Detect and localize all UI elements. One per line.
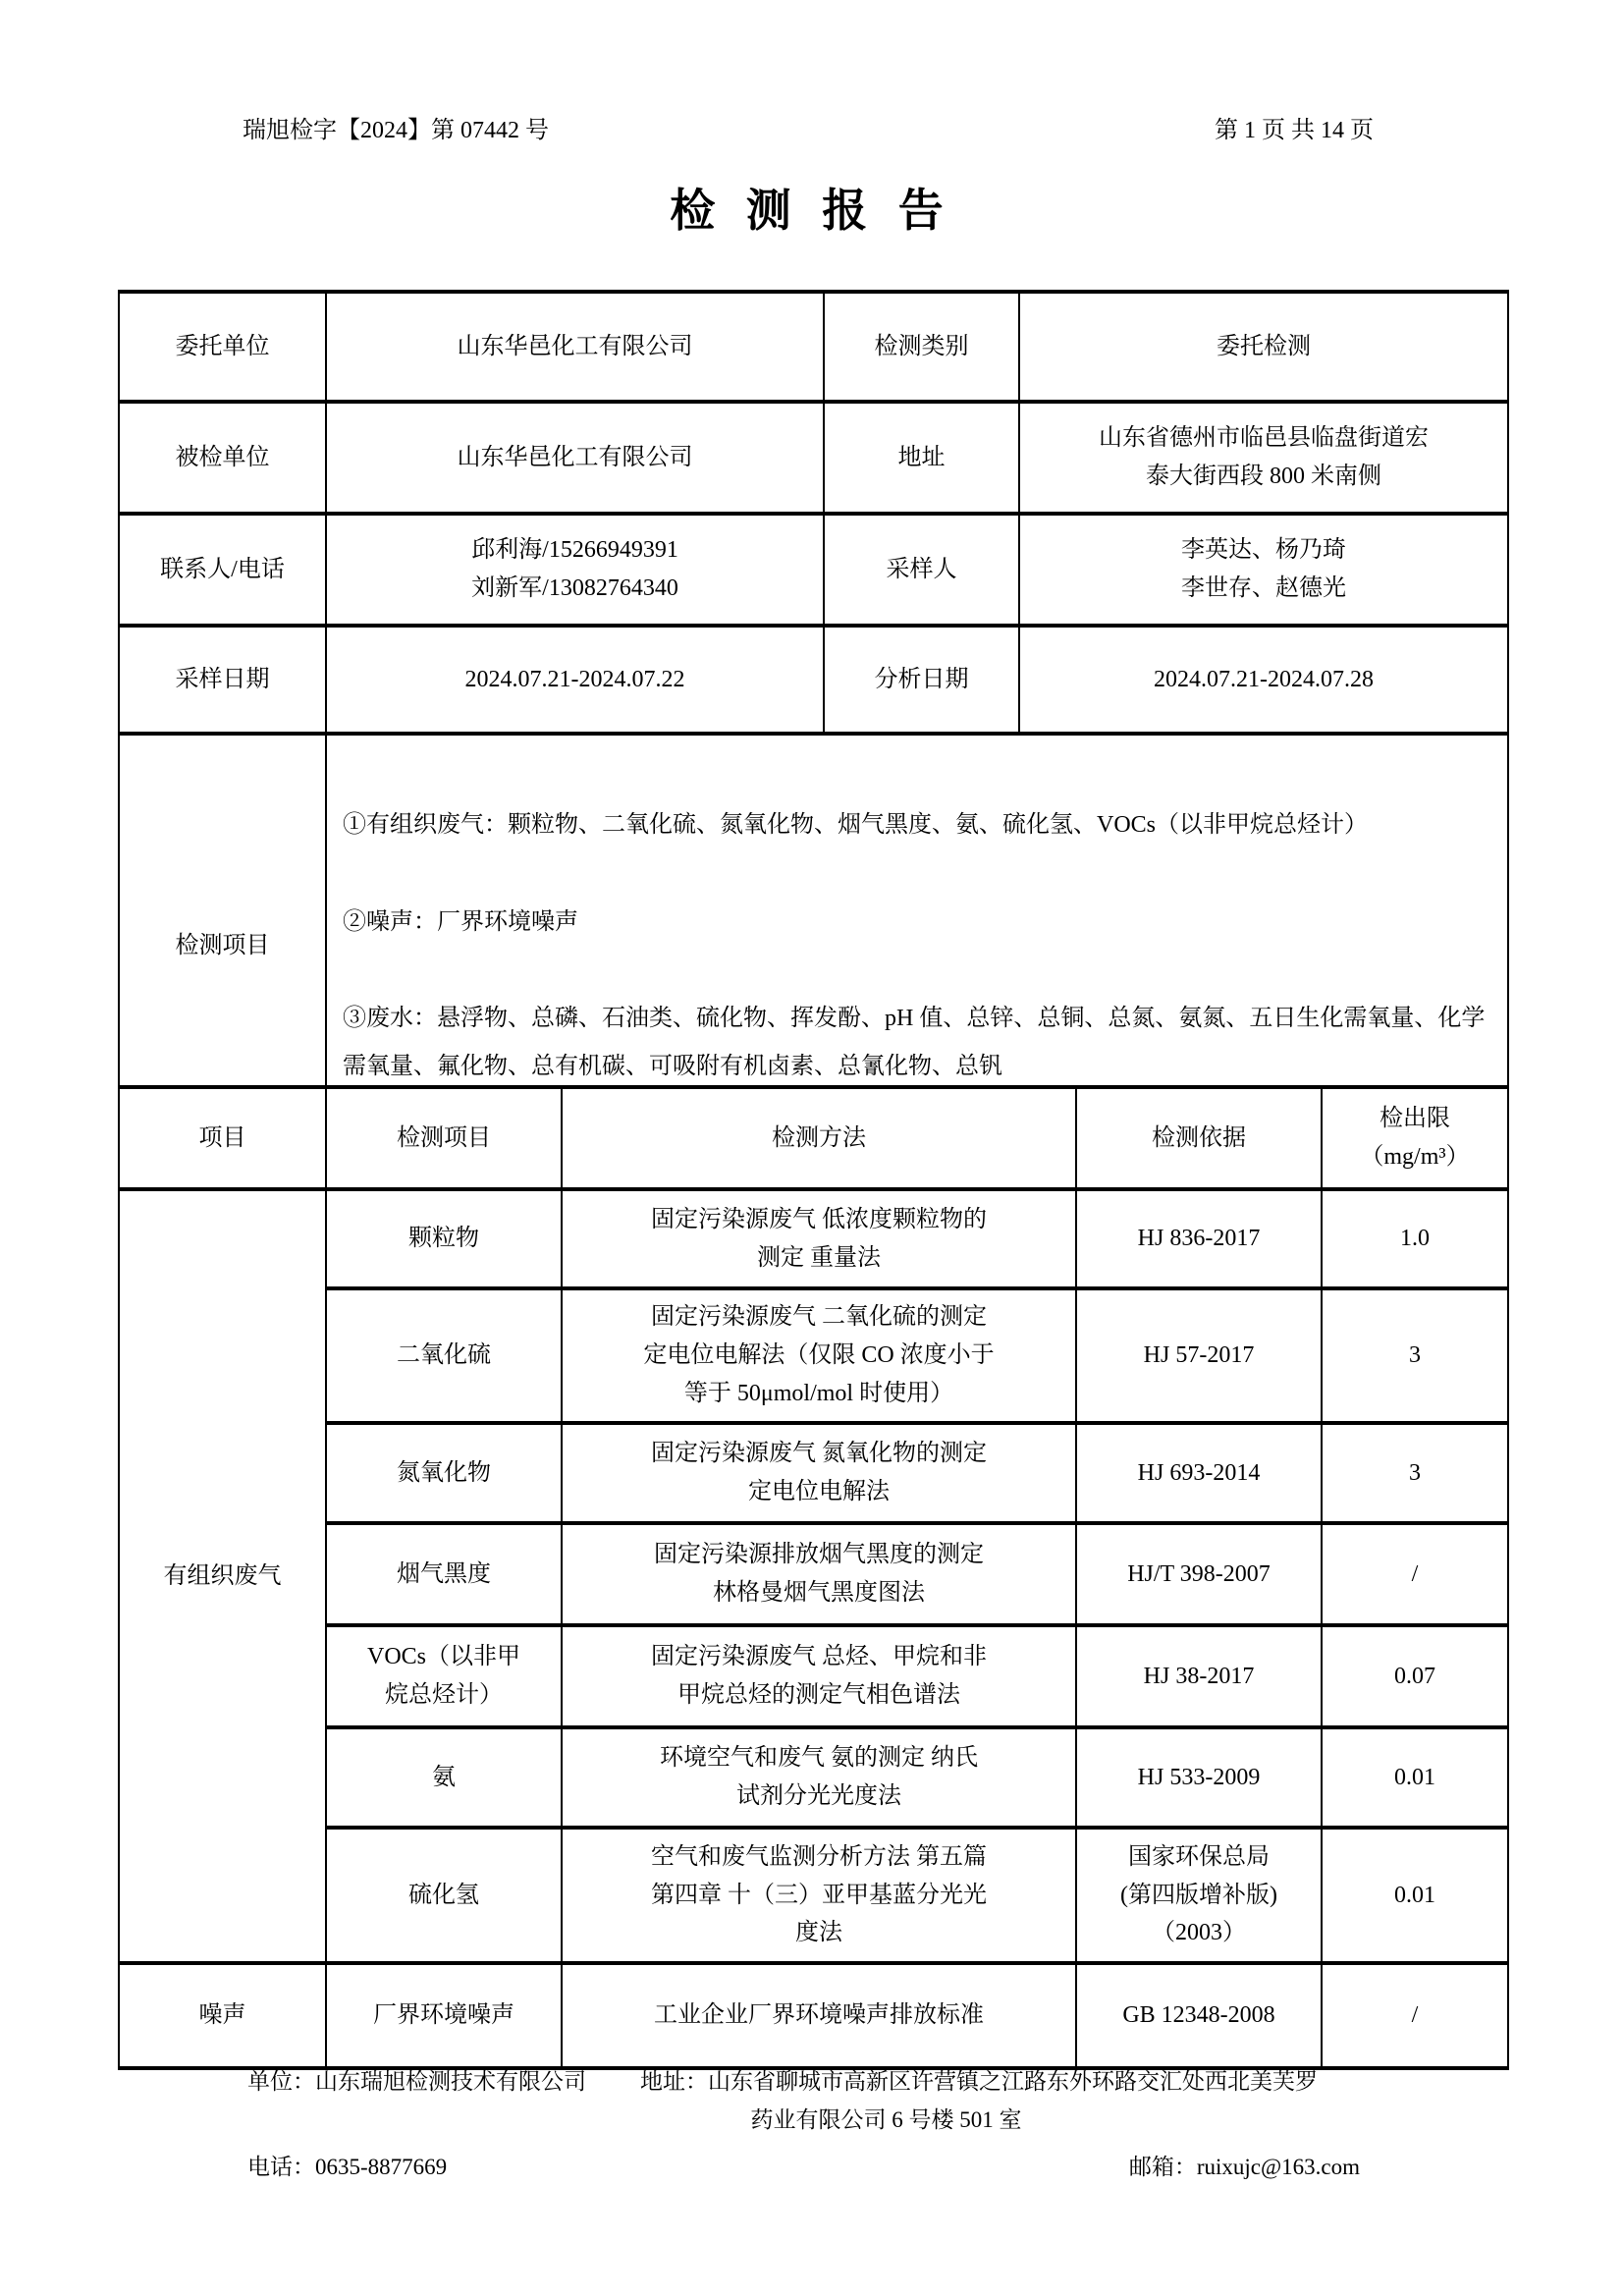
basis-cell: HJ 533-2009 <box>1076 1727 1322 1828</box>
sampling-date-label: 采样日期 <box>119 626 326 734</box>
col-header-basis: 检测依据 <box>1076 1087 1322 1189</box>
basis-cell: 国家环保总局 (第四版增补版) （2003） <box>1076 1828 1322 1963</box>
document-footer: 单位：山东瑞旭检测技术有限公司 地址：山东省聊城市高新区许营镇之江路东外环路交汇… <box>118 2065 1507 2183</box>
table-row: 采样日期 2024.07.21-2024.07.22 分析日期 2024.07.… <box>119 626 1508 734</box>
sampling-date-value: 2024.07.21-2024.07.22 <box>326 626 824 734</box>
table-row: 二氧化硫 固定污染源废气 二氧化硫的测定 定电位电解法（仅限 CO 浓度小于 等… <box>119 1288 1508 1423</box>
col-header-category: 项目 <box>119 1087 326 1189</box>
page-indicator: 第 1 页 共 14 页 <box>1215 116 1374 146</box>
document-header: 瑞旭检字【2024】第 07442 号 第 1 页 共 14 页 <box>243 116 1374 146</box>
method-table: 项目 检测项目 检测方法 检测依据 检出限 （mg/m³） 有组织废气 颗粒物 … <box>118 1085 1509 2070</box>
test-category-value: 委托检测 <box>1019 292 1508 402</box>
footer-line-1: 单位：山东瑞旭检测技术有限公司 地址：山东省聊城市高新区许营镇之江路东外环路交汇… <box>118 2065 1507 2098</box>
analysis-date-label: 分析日期 <box>824 626 1019 734</box>
item-cell: 厂界环境噪声 <box>326 1963 562 2068</box>
col-header-item: 检测项目 <box>326 1087 562 1189</box>
table-row: VOCs（以非甲 烷总烃计） 固定污染源废气 总烃、甲烷和非 甲烷总烃的测定气相… <box>119 1625 1508 1727</box>
lab-email: 邮箱：ruixujc@163.com <box>1129 2151 1360 2183</box>
entrust-unit-label: 委托单位 <box>119 292 326 402</box>
method-cell: 空气和废气监测分析方法 第五篇 第四章 十（三）亚甲基蓝分光光 度法 <box>562 1828 1076 1963</box>
limit-cell: / <box>1322 1963 1508 2068</box>
limit-cell: 1.0 <box>1322 1189 1508 1288</box>
contact-phone-value: 邱利海/15266949391 刘新军/13082764340 <box>326 514 824 626</box>
table-row: 噪声 厂界环境噪声 工业企业厂界环境噪声排放标准 GB 12348-2008 / <box>119 1963 1508 2068</box>
basis-cell: HJ 693-2014 <box>1076 1423 1322 1523</box>
method-cell: 固定污染源废气 氮氧化物的测定 定电位电解法 <box>562 1423 1076 1523</box>
method-cell: 固定污染源排放烟气黑度的测定 林格曼烟气黑度图法 <box>562 1523 1076 1625</box>
item-cell: 颗粒物 <box>326 1189 562 1288</box>
limit-cell: 0.01 <box>1322 1828 1508 1963</box>
table-header-row: 项目 检测项目 检测方法 检测依据 检出限 （mg/m³） <box>119 1087 1508 1189</box>
limit-cell: / <box>1322 1523 1508 1625</box>
table-row: 氨 环境空气和废气 氨的测定 纳氏 试剂分光光度法 HJ 533-2009 0.… <box>119 1727 1508 1828</box>
lab-address-line2: 药业有限公司 6 号楼 501 室 <box>118 2104 1507 2136</box>
category-noise: 噪声 <box>119 1963 326 2068</box>
item-cell: VOCs（以非甲 烷总烃计） <box>326 1625 562 1727</box>
table-row: 被检单位 山东华邑化工有限公司 地址 山东省德州市临邑县临盘街道宏 泰大街西段 … <box>119 402 1508 514</box>
item-cell: 烟气黑度 <box>326 1523 562 1625</box>
table-row: 氮氧化物 固定污染源废气 氮氧化物的测定 定电位电解法 HJ 693-2014 … <box>119 1423 1508 1523</box>
basis-cell: HJ 57-2017 <box>1076 1288 1322 1423</box>
lab-address-line1: 地址：山东省聊城市高新区许营镇之江路东外环路交汇处西北美芙罗 <box>640 2065 1318 2098</box>
col-header-method: 检测方法 <box>562 1087 1076 1189</box>
contact-phone-label: 联系人/电话 <box>119 514 326 626</box>
item-cell: 硫化氢 <box>326 1828 562 1963</box>
address-label: 地址 <box>824 402 1019 514</box>
sampler-label: 采样人 <box>824 514 1019 626</box>
basis-cell: HJ 836-2017 <box>1076 1189 1322 1288</box>
method-cell: 工业企业厂界环境噪声排放标准 <box>562 1963 1076 2068</box>
item-cell: 氮氧化物 <box>326 1423 562 1523</box>
method-cell: 固定污染源废气 低浓度颗粒物的 测定 重量法 <box>562 1189 1076 1288</box>
address-value: 山东省德州市临邑县临盘街道宏 泰大街西段 800 米南侧 <box>1019 402 1508 514</box>
lab-phone: 电话：0635-8877669 <box>247 2151 447 2183</box>
report-number: 瑞旭检字【2024】第 07442 号 <box>243 116 549 146</box>
inspected-unit-value: 山东华邑化工有限公司 <box>326 402 824 514</box>
basis-cell: HJ 38-2017 <box>1076 1625 1322 1727</box>
method-cell: 环境空气和废气 氨的测定 纳氏 试剂分光光度法 <box>562 1727 1076 1828</box>
test-category-label: 检测类别 <box>824 292 1019 402</box>
category-gas: 有组织废气 <box>119 1189 326 1963</box>
table-row: 委托单位 山东华邑化工有限公司 检测类别 委托检测 <box>119 292 1508 402</box>
report-title: 检 测 报 告 <box>0 175 1623 240</box>
test-items-line-noise: ②噪声：厂界环境噪声 <box>343 899 1491 947</box>
method-cell: 固定污染源废气 总烃、甲烷和非 甲烷总烃的测定气相色谱法 <box>562 1625 1076 1727</box>
table-row: 硫化氢 空气和废气监测分析方法 第五篇 第四章 十（三）亚甲基蓝分光光 度法 国… <box>119 1828 1508 1963</box>
table-row: 有组织废气 颗粒物 固定污染源废气 低浓度颗粒物的 测定 重量法 HJ 836-… <box>119 1189 1508 1288</box>
sampler-value: 李英达、杨乃琦 李世存、赵德光 <box>1019 514 1508 626</box>
item-cell: 氨 <box>326 1727 562 1828</box>
test-items-line-gas: ①有组织废气：颗粒物、二氧化硫、氮氧化物、烟气黑度、氨、硫化氢、VOCs（以非甲… <box>343 801 1491 849</box>
entrust-unit-value: 山东华邑化工有限公司 <box>326 292 824 402</box>
table-row: 烟气黑度 固定污染源排放烟气黑度的测定 林格曼烟气黑度图法 HJ/T 398-2… <box>119 1523 1508 1625</box>
item-cell: 二氧化硫 <box>326 1288 562 1423</box>
info-table: 委托单位 山东华邑化工有限公司 检测类别 委托检测 被检单位 山东华邑化工有限公… <box>118 290 1509 1162</box>
method-cell: 固定污染源废气 二氧化硫的测定 定电位电解法（仅限 CO 浓度小于 等于 50μ… <box>562 1288 1076 1423</box>
test-items-line-wastewater: ③废水：悬浮物、总磷、石油类、硫化物、挥发酚、pH 值、总锌、总铜、总氮、氨氮、… <box>343 995 1491 1091</box>
limit-cell: 0.01 <box>1322 1727 1508 1828</box>
report-page: 瑞旭检字【2024】第 07442 号 第 1 页 共 14 页 检 测 报 告… <box>0 0 1623 2296</box>
lab-company: 单位：山东瑞旭检测技术有限公司 <box>247 2065 586 2098</box>
col-header-limit: 检出限 （mg/m³） <box>1322 1087 1508 1189</box>
basis-cell: GB 12348-2008 <box>1076 1963 1322 2068</box>
limit-cell: 3 <box>1322 1288 1508 1423</box>
limit-cell: 0.07 <box>1322 1625 1508 1727</box>
footer-line-3: 电话：0635-8877669 邮箱：ruixujc@163.com <box>118 2151 1507 2183</box>
basis-cell: HJ/T 398-2007 <box>1076 1523 1322 1625</box>
inspected-unit-label: 被检单位 <box>119 402 326 514</box>
analysis-date-value: 2024.07.21-2024.07.28 <box>1019 626 1508 734</box>
limit-cell: 3 <box>1322 1423 1508 1523</box>
table-row: 联系人/电话 邱利海/15266949391 刘新军/13082764340 采… <box>119 514 1508 626</box>
